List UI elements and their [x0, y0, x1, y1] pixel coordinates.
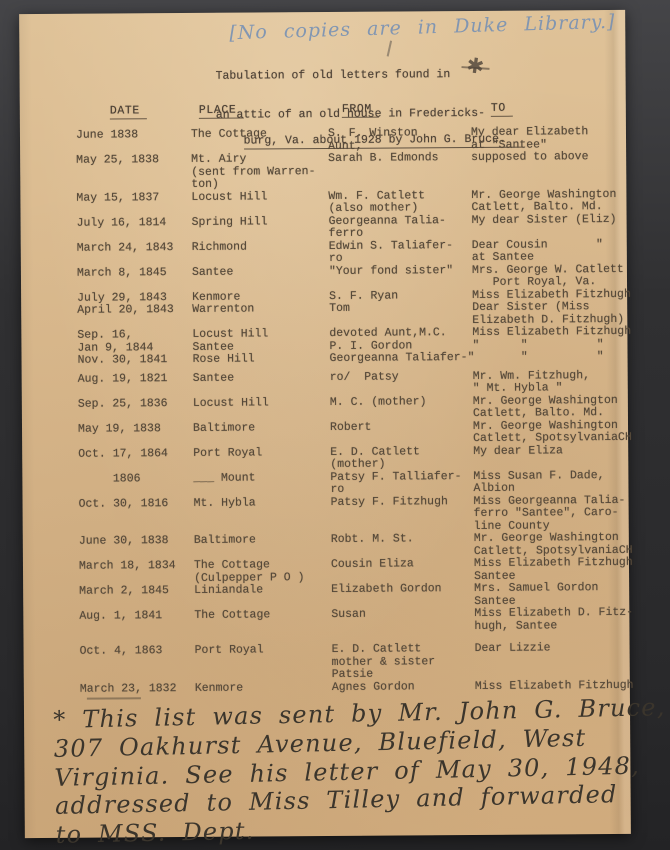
cell-to: Miss Georgeanna Talia- ferro "Santee", C…: [474, 494, 629, 533]
cell-from: Cousin Eliza: [331, 558, 474, 584]
cell-from: E. D. Catlett mother & sister Patsie: [332, 643, 475, 681]
cell-to: Dear Cousin " at Santee: [472, 238, 627, 264]
cell-to: Dear Lizzie: [475, 642, 630, 681]
cell-to: Mr. George Washington Catlett, Spotsylva…: [474, 532, 629, 558]
table-row: Oct. 30, 1816 Mt. Hybla Patsy F. Fitzhug…: [79, 494, 629, 535]
cell-place: The Cottage (Culpepper P O ): [194, 559, 331, 585]
cell-from: Agnes Gordon: [332, 680, 475, 693]
cell-from: Patsy F. Fitzhugh: [331, 495, 474, 533]
cell-from: Patsy F. Talliafer- ro: [330, 470, 473, 496]
column-header-to: TO: [491, 102, 513, 117]
cell-to: My dear Sister (Eliz): [472, 213, 627, 239]
cell-from: ro/ Patsy: [330, 370, 473, 396]
cell-date: June 1838: [76, 129, 191, 155]
cell-place: Locust Hill: [193, 396, 330, 422]
cell-place: Santee: [192, 265, 329, 291]
cell-to: Mr. Wm. Fitzhugh, " Mt. Hybla ": [473, 369, 628, 395]
cell-place: Santee: [193, 371, 330, 397]
letters-table: DATE PLACE FROM TO June 1838 The Cottage…: [76, 101, 630, 696]
cell-place: ___ Mount: [193, 471, 330, 497]
cell-date: Nov. 30, 1841: [78, 354, 193, 367]
cell-to: Miss Susan F. Dade, Albion: [473, 469, 628, 495]
cell-from: S. F. Winston Aunt,: [328, 127, 471, 153]
cell-from: Robt. M. St.: [331, 533, 474, 559]
cell-to: Miss Elizabeth Fitzhugh: [475, 679, 630, 693]
cell-date: March 8, 1845: [77, 266, 192, 292]
cell-to: Mrs. George W. Catlett Port Royal, Va.: [472, 263, 627, 289]
cell-place: Baltimore: [193, 421, 330, 447]
cell-place: Mt. Hybla: [194, 496, 331, 534]
cell-place: The Cottage: [194, 609, 331, 635]
cell-from: Sarah B. Edmonds: [328, 152, 471, 190]
cell-place: Kenmore: [195, 681, 332, 694]
cell-from: Georgeanna Taliafer-": [330, 352, 473, 365]
cell-to: Mr. George Washington Catlett, Balto. Md…: [473, 394, 628, 420]
cell-place: Locust Hill: [191, 190, 328, 216]
cell-from: S. F. Ryan: [329, 289, 472, 302]
table-body: June 1838 The Cottage S. F. Winston Aunt…: [76, 126, 630, 696]
table-row: Aug. 1, 1841 The Cottage Susan Miss Eliz…: [79, 607, 629, 636]
cell-to: My dear Elizabeth at "Santee": [471, 126, 626, 152]
cell-from: Tom: [329, 302, 472, 328]
cell-date: May 25, 1838: [76, 154, 191, 192]
cell-to: Dear Sister (Miss Elizabeth D. Fitzhugh): [472, 301, 627, 327]
cell-place: Baltimore: [194, 534, 331, 560]
cell-date: Oct. 17, 1864: [78, 447, 193, 473]
cell-from: "Your fond sister": [329, 264, 472, 290]
cell-place: Port Royal: [193, 446, 330, 472]
cell-date: Sep. 16,: [77, 329, 192, 342]
cell-to: Mrs. Samuel Gordon Santee: [474, 582, 629, 608]
cell-place: The Cottage: [191, 128, 328, 154]
cell-date: June 30, 1838: [79, 535, 194, 561]
cell-place: Richmond: [192, 240, 329, 266]
cell-date: March 18, 1834: [79, 560, 194, 586]
handwritten-footer: * This list was sent by Mr. John G. Bruc…: [53, 694, 631, 850]
cell-date: March 23, 1832: [80, 682, 195, 695]
cell-to: " ": [473, 351, 628, 365]
cell-to: Miss Elizabeth Fitzhugh Santee: [474, 557, 629, 583]
table-header-row: DATE PLACE FROM TO: [76, 101, 626, 120]
cell-date: Sep. 25, 1836: [78, 397, 193, 423]
cell-to: Mr. George Washington Catlett, Balto. Md…: [471, 188, 626, 214]
table-row: May 25, 1838 Mt. Airy (sent from Warren-…: [76, 151, 626, 192]
cell-from: Georgeanna Talia- ferro: [329, 214, 472, 240]
table-row: Oct. 4, 1863 Port Royal E. D. Catlett mo…: [80, 642, 630, 683]
cell-date: July 16, 1814: [77, 216, 192, 242]
cell-date: Oct. 30, 1816: [79, 497, 194, 535]
cell-place: Rose Hill: [193, 353, 330, 366]
cell-date: May 15, 1837: [76, 191, 191, 217]
column-header-date: DATE: [110, 104, 147, 119]
cell-to: Mr. George Washington Catlett, Spotsylva…: [473, 419, 628, 445]
cell-from: Edwin S. Taliafer- ro: [329, 239, 472, 265]
cell-from: devoted Aunt,M.C.: [329, 327, 472, 340]
cell-from: Wm. F. Catlett (also mother): [328, 189, 471, 215]
cell-place: Port Royal: [195, 644, 332, 682]
cell-date: May 19, 1838: [78, 422, 193, 448]
cell-place: Warrenton: [192, 303, 329, 329]
cell-from: M. C. (mother): [330, 395, 473, 421]
cell-date: Aug. 1, 1841: [79, 610, 194, 636]
pencil-underline-mark: [87, 697, 141, 699]
cell-date: March 2, 1845: [79, 585, 194, 611]
column-header-place: PLACE: [199, 104, 244, 119]
cell-to: supposed to above: [471, 151, 626, 190]
cell-date: Aug. 19, 1821: [78, 372, 193, 398]
cell-date: 1806: [78, 472, 193, 498]
cell-place: Mt. Airy (sent from Warren- ton): [191, 153, 328, 191]
cell-from: Robert: [330, 420, 473, 446]
table-row: Nov. 30, 1841 Rose Hill Georgeanna Talia…: [78, 351, 628, 367]
handwritten-note-top: [No copies are in Duke Library.]: [229, 10, 629, 44]
cell-to: My dear Eliza: [473, 444, 628, 470]
scanned-document-photo: { "colors":{ "backdrop":"#2e2e30", "pape…: [0, 0, 670, 850]
cell-place: Spring Hill: [192, 215, 329, 241]
column-header-from: FROM: [342, 103, 379, 118]
cell-date: April 20, 1843: [77, 304, 192, 330]
cell-date: March 24, 1843: [77, 241, 192, 267]
cell-date: Oct. 4, 1863: [80, 645, 195, 683]
cell-place: Liniandale: [194, 584, 331, 610]
document-paper: [No copies are in Duke Library.] Tabulat…: [19, 10, 631, 838]
cell-to: Miss Elizabeth D. Fitz- hugh, Santee: [474, 607, 629, 633]
cell-from: Elizabeth Gordon: [331, 583, 474, 609]
cell-place: Locust Hill: [192, 328, 329, 341]
table-row: March 23, 1832 Kenmore Agnes Gordon Miss…: [80, 679, 630, 695]
cell-from: Susan: [331, 608, 474, 634]
cell-from: E. D. Catlett (mother): [330, 445, 473, 471]
